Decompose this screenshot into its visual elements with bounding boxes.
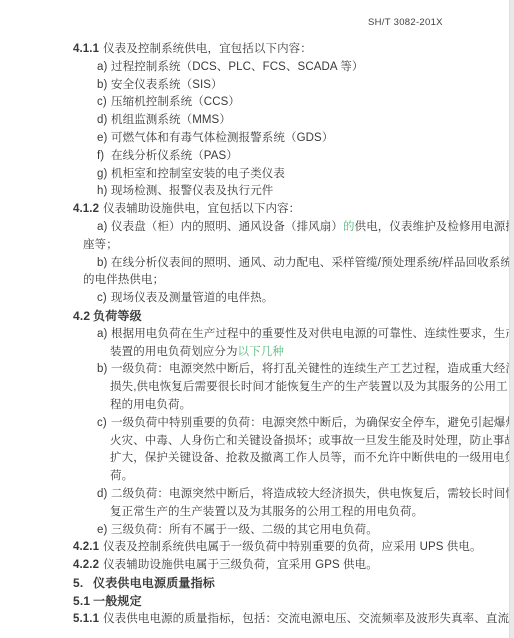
- doc-line: 复正常生产的生产装置以及为其服务的公用工程的用电负荷。: [0, 504, 508, 522]
- doc-line: e)可燃气体和有毒气体检测报警系统（GDS）: [0, 130, 508, 148]
- text-run: 过程控制系统（DCS、PLC、FCS、SCADA 等）: [111, 61, 364, 73]
- clause-number: 4.2.2: [73, 559, 99, 571]
- text-run: 在线分析仪表间的照明、通风、动力配电、采样管缆/预处理系统/样品回收系统: [111, 257, 512, 269]
- doc-line: b)一级负荷：电源突然中断后，将打乱关键性的连续生产工艺过程，造成重大经济: [0, 361, 508, 379]
- doc-line: 5.1一般规定: [0, 593, 508, 611]
- doc-line: 4.2负荷等级: [0, 308, 508, 326]
- text-run: 负荷等级: [93, 309, 142, 323]
- text-run: 供电，仪表维护及检修用电源插: [355, 221, 514, 233]
- list-letter: b): [97, 77, 111, 95]
- doc-line: f)在线分析仪系统（PAS）: [0, 148, 508, 166]
- doc-line: a)仪表盘（柜）内的照明、通风设备（排风扇）的供电，仪表维护及检修用电源插: [0, 219, 508, 237]
- clause-number: 4.1.1: [73, 43, 99, 55]
- text-run: 荷。: [110, 470, 133, 482]
- text-run: 可燃气体和有毒气体检测报警系统（GDS）: [111, 132, 333, 144]
- list-letter: d): [97, 112, 111, 130]
- doc-line: e)三级负荷：所有不属于一级、二级的其它用电负荷。: [0, 522, 508, 540]
- list-letter: h): [97, 183, 111, 201]
- text-run: 装置的用电负荷划应分为: [110, 346, 238, 358]
- doc-line: 扩大，保护关键设备、抢救及撤离工作人员等，而不允许中断供电的一级用电负: [0, 450, 508, 468]
- list-letter: c): [97, 94, 111, 112]
- doc-line: 4.1.2仪表辅助设施供电，宜包括以下内容：: [0, 201, 508, 219]
- list-letter: b): [97, 255, 111, 273]
- doc-line: 程的用电负荷。: [0, 397, 508, 415]
- doc-line: 的电伴热供电；: [0, 272, 508, 290]
- text-run: 火灾、中毒、人身伤亡和关键设备损坏；或事故一旦发生能及时处理，防止事故: [110, 435, 514, 447]
- clause-number: 4.2: [73, 308, 93, 326]
- text-run: 座等；: [83, 239, 118, 251]
- text-run: 仪表供电电源的质量指标，包括：交流电源电压、交流频率及波形失真率、直流电源: [103, 613, 514, 625]
- doc-line: 损失,供电恢复后需要很长时间才能恢复生产的生产装置以及为其服务的公用工: [0, 379, 508, 397]
- doc-line: 荷。: [0, 468, 508, 486]
- text-run: 仪表辅助设施供电，宜包括以下内容：: [103, 203, 300, 215]
- text-run: 机组监测系统（MMS）: [111, 114, 231, 126]
- doc-line: c)压缩机控制系统（CCS）: [0, 94, 508, 112]
- list-letter: b): [97, 361, 111, 379]
- doc-line: d)二级负荷：电源突然中断后，将造成较大经济损失，供电恢复后，需较长时间恢: [0, 486, 508, 504]
- doc-line: 5.1.1仪表供电电源的质量指标，包括：交流电源电压、交流频率及波形失真率、直流…: [0, 611, 508, 629]
- clause-number: 5.1: [73, 593, 93, 611]
- doc-line: a)根据用电负荷在生产过程中的重要性及对供电电源的可靠性、连续性要求，生产: [0, 326, 508, 344]
- list-letter: c): [97, 290, 111, 308]
- text-run: 以下几种: [238, 346, 284, 358]
- doc-line: 火灾、中毒、人身伤亡和关键设备损坏；或事故一旦发生能及时处理，防止事故: [0, 433, 508, 451]
- list-letter: a): [97, 326, 111, 344]
- text-run: 程的用电负荷。: [110, 399, 191, 411]
- text-run: 在线分析仪系统（PAS）: [111, 150, 238, 162]
- text-run: 三级负荷：所有不属于一级、二级的其它用电负荷。: [111, 524, 378, 536]
- doc-line: d)机组监测系统（MMS）: [0, 112, 508, 130]
- list-letter: f): [97, 148, 111, 166]
- clause-number: 5.: [73, 575, 93, 593]
- text-run: 的: [343, 221, 355, 233]
- list-letter: a): [97, 219, 111, 237]
- list-letter: g): [97, 166, 111, 184]
- doc-line: 5.仪表供电电源质量指标: [0, 575, 508, 593]
- clause-number: 4.2.1: [73, 541, 99, 553]
- text-run: 安全仪表系统（SIS）: [111, 79, 223, 91]
- doc-line: c)现场仪表及测量管道的电伴热。: [0, 290, 508, 308]
- doc-line: g)机柜室和控制室安装的电子类仪表: [0, 166, 508, 184]
- text-run: 损失,供电恢复后需要很长时间才能恢复生产的生产装置以及为其服务的公用工: [110, 381, 508, 393]
- doc-line: 座等；: [0, 237, 508, 255]
- text-run: 根据用电负荷在生产过程中的重要性及对供电电源的可靠性、连续性要求，生产: [111, 328, 514, 340]
- doc-line: b)在线分析仪表间的照明、通风、动力配电、采样管缆/预处理系统/样品回收系统: [0, 255, 508, 273]
- page-edge: [509, 0, 514, 638]
- doc-line: b)安全仪表系统（SIS）: [0, 77, 508, 95]
- doc-line: 4.2.1仪表及控制系统供电属于一级负荷中特别重要的负荷，应采用 UPS 供电。: [0, 539, 508, 557]
- doc-line: a)过程控制系统（DCS、PLC、FCS、SCADA 等）: [0, 59, 508, 77]
- clause-number: 5.1.1: [73, 613, 99, 625]
- list-letter: e): [97, 522, 111, 540]
- text-run: 的电伴热供电；: [83, 274, 164, 286]
- text-run: 仪表辅助设施供电属于三级负荷，宜采用 GPS 供电。: [103, 559, 378, 571]
- list-letter: c): [97, 415, 111, 433]
- doc-line: h)现场检测、报警仪表及执行元件: [0, 183, 508, 201]
- doc-line: 4.2.2仪表辅助设施供电属于三级负荷，宜采用 GPS 供电。: [0, 557, 508, 575]
- clause-number: 4.1.2: [73, 203, 99, 215]
- text-run: 二级负荷：电源突然中断后，将造成较大经济损失，供电恢复后，需较长时间恢: [111, 488, 514, 500]
- doc-line: c)一级负荷中特别重要的负荷：电源突然中断后，为确保安全停车，避免引起爆炸、: [0, 415, 508, 433]
- text-run: 仪表及控制系统供电属于一级负荷中特别重要的负荷，应采用 UPS 供电。: [103, 541, 482, 553]
- text-run: 现场检测、报警仪表及执行元件: [111, 185, 273, 197]
- doc-line: 装置的用电负荷划应分为以下几种: [0, 344, 508, 362]
- text-run: 现场仪表及测量管道的电伴热。: [111, 292, 273, 304]
- text-run: 仪表供电电源质量指标: [93, 576, 215, 590]
- text-run: 一级负荷中特别重要的负荷：电源突然中断后，为确保安全停车，避免引起爆炸、: [111, 417, 514, 429]
- document-page: SH/T 3082-201X 4.1.1仪表及控制系统供电，宜包括以下内容：a)…: [0, 0, 514, 638]
- list-letter: a): [97, 59, 111, 77]
- text-run: 仪表及控制系统供电，宜包括以下内容：: [103, 43, 312, 55]
- doc-line: 4.1.1仪表及控制系统供电，宜包括以下内容：: [0, 41, 508, 59]
- doc-number: SH/T 3082-201X: [368, 17, 443, 28]
- list-letter: d): [97, 486, 111, 504]
- text-run: 仪表盘（柜）内的照明、通风设备（排风扇）: [111, 221, 343, 233]
- text-run: 压缩机控制系统（CCS）: [111, 96, 240, 108]
- document-body: 4.1.1仪表及控制系统供电，宜包括以下内容：a)过程控制系统（DCS、PLC、…: [0, 41, 508, 628]
- text-run: 机柜室和控制室安装的电子类仪表: [111, 168, 285, 180]
- text-run: 一般规定: [93, 594, 142, 608]
- text-run: 一级负荷：电源突然中断后，将打乱关键性的连续生产工艺过程，造成重大经济: [111, 363, 514, 375]
- list-letter: e): [97, 130, 111, 148]
- text-run: 扩大，保护关键设备、抢救及撤离工作人员等，而不允许中断供电的一级用电负: [110, 452, 514, 464]
- text-run: 复正常生产的生产装置以及为其服务的公用工程的用电负荷。: [110, 506, 423, 518]
